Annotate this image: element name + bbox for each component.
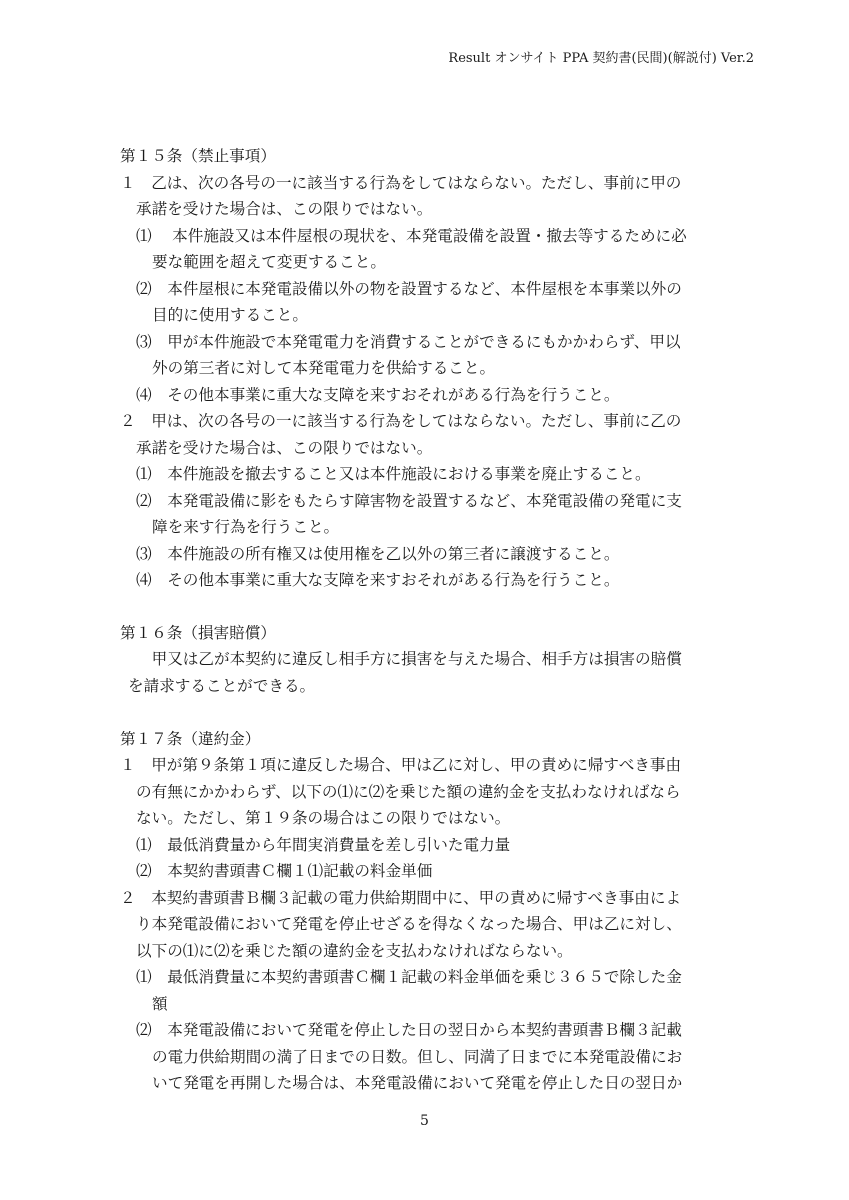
text-line: 第１６条（損害賠償）	[120, 623, 276, 643]
text-line: 要な範囲を超えて変更すること。	[152, 252, 386, 272]
text-line: ない。ただし、第１９条の場合はこの限りではない。	[136, 808, 510, 828]
text-line: ⑶ 本件施設の所有権又は使用権を乙以外の第三者に譲渡すること。	[136, 544, 619, 564]
text-line: ２ 甲は、次の各号の一に該当する行為をしてはならない。ただし、事前に乙の	[120, 411, 681, 431]
text-line: 目的に使用すること。	[152, 305, 308, 325]
text-line: 第１５条（禁止事項）	[120, 146, 276, 166]
text-line: ⑵ 本発電設備において発電を停止した日の翌日から本契約書頭書Ｂ欄３記載	[136, 1020, 682, 1040]
page-number: 5	[0, 1113, 849, 1129]
text-line: 外の第三者に対して本発電電力を供給すること。	[152, 358, 495, 378]
text-line: １ 甲が第９条第１項に違反した場合、甲は乙に対し、甲の責めに帰すべき事由	[120, 755, 681, 775]
text-line: 額	[152, 994, 168, 1014]
text-line: 第１７条（違約金）	[120, 729, 260, 749]
text-line: ⑷ その他本事業に重大な支障を来すおそれがある行為を行うこと。	[136, 570, 619, 590]
text-line: 承諾を受けた場合は、この限りではない。	[136, 438, 432, 458]
text-line: １ 乙は、次の各号の一に該当する行為をしてはならない。ただし、事前に甲の	[120, 173, 681, 193]
text-line: の有無にかかわらず、以下の⑴に⑵を乗じた額の違約金を支払わなければなら	[136, 782, 681, 802]
text-line: ⑴ 本件施設を撤去すること又は本件施設における事業を廃止すること。	[136, 464, 651, 484]
document-header: Result オンサイト PPA 契約書(民間)(解説付) Ver.2	[448, 47, 754, 66]
text-line: の電力供給期間の満了日までの日数。但し、同満了日までに本発電設備にお	[152, 1047, 682, 1067]
text-line: 以下の⑴に⑵を乗じた額の違約金を支払わなければならない。	[136, 941, 573, 961]
text-line: ⑴ 本件施設又は本件屋根の現状を、本発電設備を設置・撤去等するために必	[136, 226, 687, 246]
text-line: 甲又は乙が本契約に違反し相手方に損害を与えた場合、相手方は損害の賠償	[136, 649, 682, 669]
text-line: ⑴ 最低消費量から年間実消費量を差し引いた電力量	[136, 835, 510, 855]
text-line: ⑶ 甲が本件施設で本発電電力を消費することができるにもかかわらず、甲以	[136, 332, 681, 352]
text-line: 障を来す行為を行うこと。	[152, 517, 339, 537]
text-line: ⑵ 本件屋根に本発電設備以外の物を設置するなど、本件屋根を本事業以外の	[136, 279, 682, 299]
text-line: ２ 本契約書頭書Ｂ欄３記載の電力供給期間中に、甲の責めに帰すべき事由によ	[120, 888, 681, 908]
text-line: ⑷ その他本事業に重大な支障を来すおそれがある行為を行うこと。	[136, 385, 619, 405]
text-line: 承諾を受けた場合は、この限りではない。	[136, 199, 432, 219]
text-line: を請求することができる。	[128, 676, 315, 696]
text-line: ⑵ 本契約書頭書Ｃ欄１⑴記載の料金単価	[136, 861, 432, 881]
text-line: いて発電を再開した場合は、本発電設備において発電を停止した日の翌日か	[152, 1073, 682, 1093]
text-line: ⑵ 本発電設備に影をもたらす障害物を設置するなど、本発電設備の発電に支	[136, 491, 682, 511]
text-line: ⑴ 最低消費量に本契約書頭書Ｃ欄１記載の料金単価を乗じ３６５で除した金	[136, 967, 682, 987]
text-line: り本発電設備において発電を停止せざるを得なくなった場合、甲は乙に対し、	[136, 914, 682, 934]
